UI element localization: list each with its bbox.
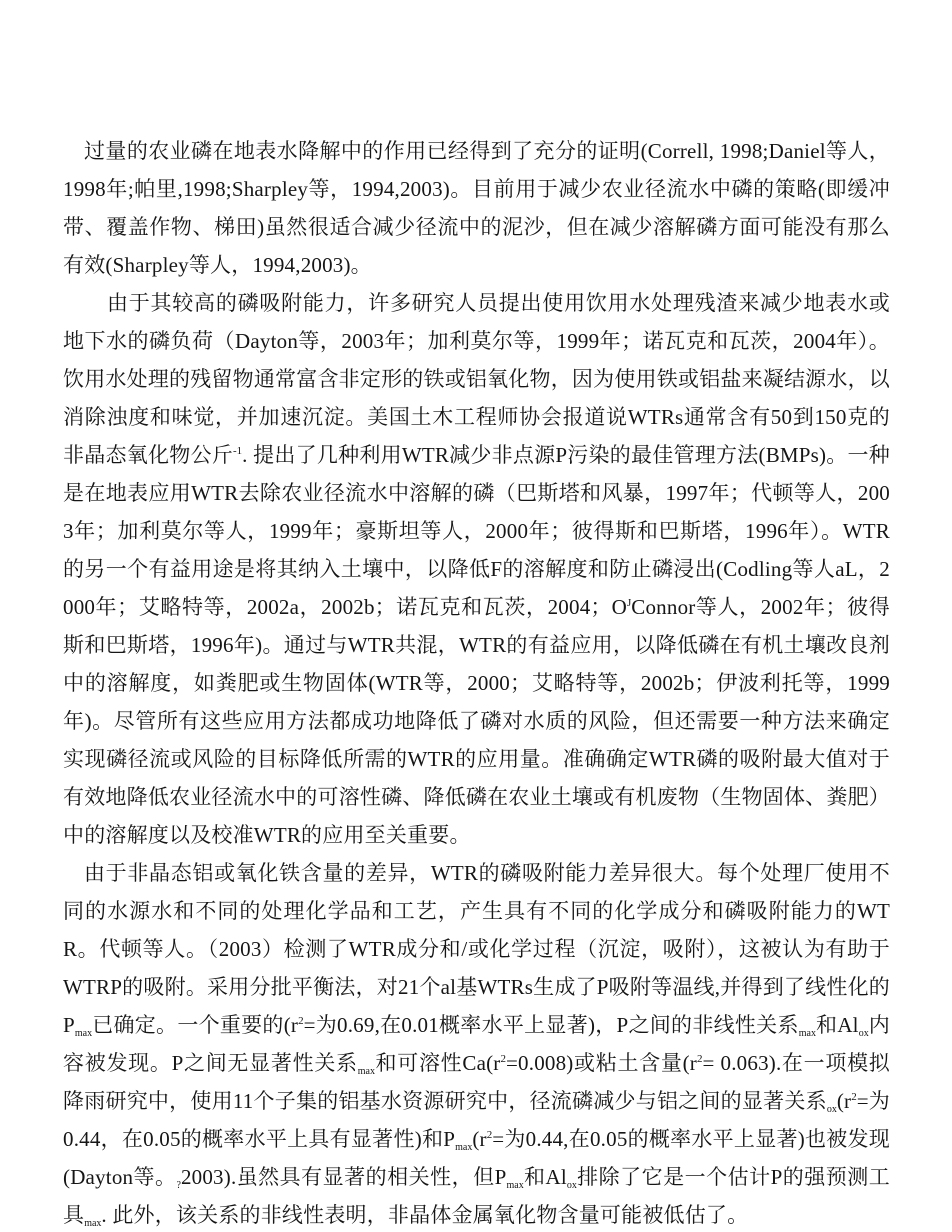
subscript: max [506, 1180, 523, 1191]
text-run: (r [472, 1127, 486, 1151]
text-run: 过量的农业磷在地表水降解中的作用已经得到了充分的证明(Correll, 1998… [63, 139, 890, 277]
text-run: 2003).虽然具有显著的相关性，但P [181, 1165, 507, 1189]
text-run: 和Al [524, 1165, 567, 1189]
subscript: max [75, 1028, 92, 1039]
subscript: max [358, 1066, 375, 1077]
subscript: max [455, 1142, 472, 1153]
text-run: . 此外，该关系的非线性表明，非晶体金属氧化物含量可能被低估了。 [101, 1203, 748, 1227]
document-page: 过量的农业磷在地表水降解中的作用已经得到了充分的证明(Correll, 1998… [0, 0, 952, 1232]
text-run: =0.008)或粘土含量(r [506, 1051, 697, 1075]
subscript: ox [859, 1028, 869, 1039]
text-run: 和可溶性Ca(r [375, 1051, 501, 1075]
superscript: -1 [233, 445, 242, 457]
text-run: 由于其较高的磷吸附能力，许多研究人员提出使用饮用水处理残渣来减少地表水或地下水的… [63, 291, 890, 467]
subscript: ox [827, 1104, 837, 1115]
text-run: (r [837, 1089, 851, 1113]
subscript: max [799, 1028, 816, 1039]
text-run: Connor等人，2002年；彼得斯和巴斯塔，1996年)。通过与WTR共混，W… [63, 595, 890, 847]
text-run: . 提出了几种利用WTR减少非点源P污染的最佳管理方法(BMPs)。一种是在地表… [63, 443, 890, 619]
text-run: =为0.69,在0.01概率水平上显著)，P之间的非线性关系 [304, 1013, 799, 1037]
document-body: 过量的农业磷在地表水降解中的作用已经得到了充分的证明(Correll, 1998… [63, 132, 890, 1232]
subscript: ox [567, 1180, 577, 1191]
subscript: max [84, 1218, 101, 1229]
text-run: 已确定。一个重要的(r [92, 1013, 298, 1037]
text-run: 由于非晶态铝或氧化铁含量的差异，WTR的磷吸附能力差异很大。每个处理厂使用不同的… [63, 861, 890, 1037]
paragraph-2: 由于其较高的磷吸附能力，许多研究人员提出使用饮用水处理残渣来减少地表水或地下水的… [63, 284, 890, 854]
text-run: 和Al [816, 1013, 859, 1037]
paragraph-1: 过量的农业磷在地表水降解中的作用已经得到了充分的证明(Correll, 1998… [63, 132, 890, 284]
paragraph-3: 由于非晶态铝或氧化铁含量的差异，WTR的磷吸附能力差异很大。每个处理厂使用不同的… [63, 854, 890, 1232]
